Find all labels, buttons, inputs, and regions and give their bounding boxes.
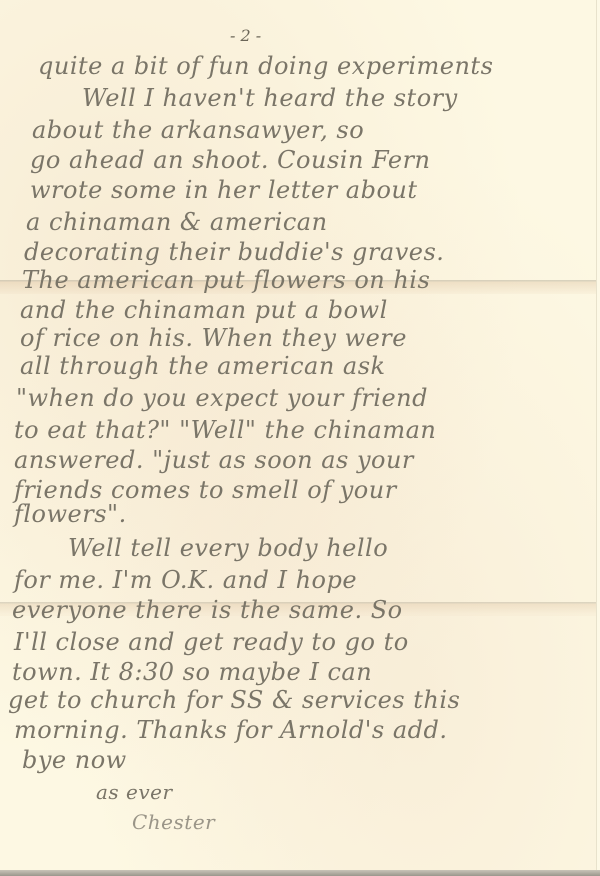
letter-line: decorating their buddie's graves.: [24, 238, 444, 266]
letter-page: - 2 - quite a bit of fun doing experimen…: [0, 0, 597, 870]
letter-line: about the arkansawyer, so: [32, 116, 364, 144]
letter-line: I'll close and get ready to go to: [14, 628, 409, 656]
letter-line: wrote some in her letter about: [30, 176, 418, 204]
letter-line: a chinaman & american: [26, 208, 328, 236]
letter-line: Well tell every body hello: [68, 534, 388, 562]
letter-signature: Chester: [132, 810, 215, 834]
scan-bottom-edge: [0, 870, 600, 876]
letter-closing: as ever: [96, 780, 173, 804]
letter-line: quite a bit of fun doing experiments: [38, 52, 493, 80]
letter-line: morning. Thanks for Arnold's add.: [14, 716, 448, 744]
letter-line: town. It 8:30 so maybe I can: [12, 658, 372, 686]
letter-line: and the chinaman put a bowl: [20, 296, 388, 324]
letter-line: answered. "just as soon as your: [14, 446, 414, 474]
letter-line: to eat that?" "Well" the chinaman: [14, 416, 436, 444]
letter-line: Well I haven't heard the story: [82, 84, 458, 112]
letter-line: go ahead an shoot. Cousin Fern: [30, 146, 431, 174]
letter-line: get to church for SS & services this: [8, 686, 460, 714]
page-number: - 2 -: [230, 26, 261, 45]
letter-line: of rice on his. When they were: [20, 324, 407, 352]
letter-line: "when do you expect your friend: [16, 384, 428, 412]
letter-line: all through the american ask: [20, 352, 386, 380]
letter-line: everyone there is the same. So: [12, 596, 403, 624]
letter-line: The american put flowers on his: [22, 266, 430, 294]
letter-line: bye now: [22, 746, 127, 774]
letter-line: for me. I'm O.K. and I hope: [14, 566, 357, 594]
letter-line: flowers".: [14, 500, 127, 528]
